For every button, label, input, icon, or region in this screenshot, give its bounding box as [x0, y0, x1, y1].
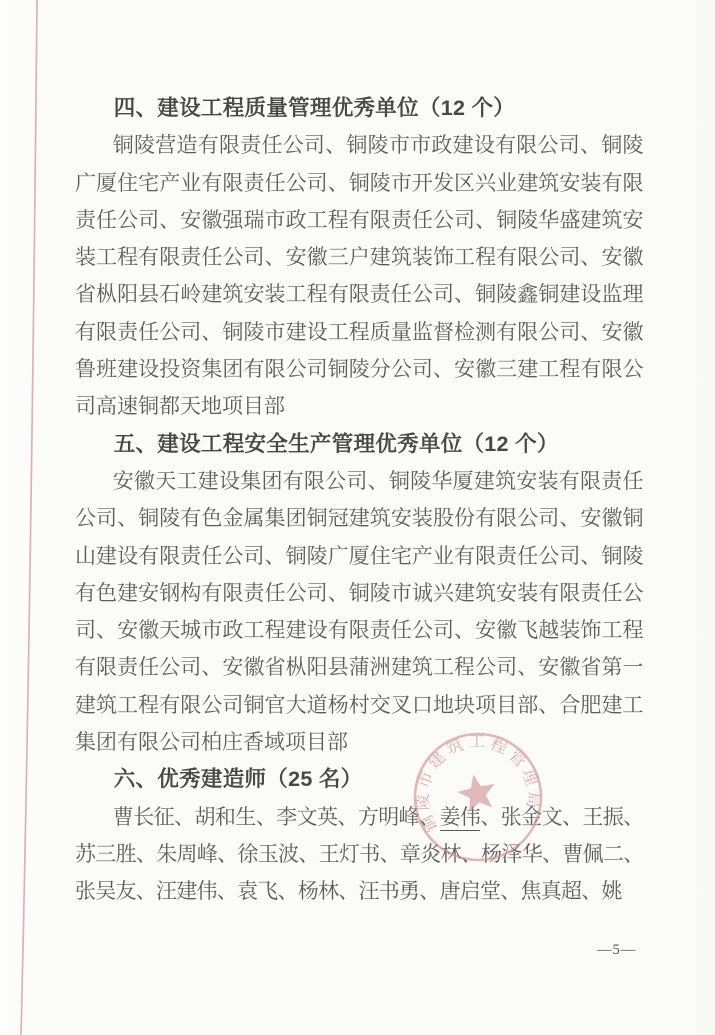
document-page: 四、建设工程质量管理优秀单位（12 个） 铜陵营造有限责任公司、铜陵市市政建设有…: [0, 0, 715, 1035]
scan-edge-path: [21, 0, 37, 1035]
section-heading-safety: 五、建设工程安全生产管理优秀单位（12 个）: [75, 426, 644, 463]
section-heading-builders: 六、优秀建造师（25 名）: [75, 761, 644, 798]
underlined-builder-name: 姜伟: [440, 805, 481, 831]
section-heading-quality: 四、建设工程质量管理优秀单位（12 个）: [75, 90, 644, 127]
document-content: 四、建设工程质量管理优秀单位（12 个） 铜陵营造有限责任公司、铜陵市市政建设有…: [75, 90, 644, 911]
builder-names-before: 曹长征、胡和生、李文英、方明峰、: [113, 805, 440, 829]
company-list-quality: 铜陵营造有限责任公司、铜陵市市政建设有限公司、铜陵广厦住宅产业有限责任公司、铜陵…: [75, 127, 644, 425]
company-list-safety: 安徽天工建设集团有限公司、铜陵华厦建筑安装有限责任公司、铜陵有色金属集团铜冠建筑…: [75, 463, 644, 761]
builder-names-list: 曹长征、胡和生、李文英、方明峰、姜伟、张金文、王振、苏三胜、朱周峰、徐玉波、王灯…: [75, 799, 644, 911]
page-number: —5—: [597, 942, 636, 959]
